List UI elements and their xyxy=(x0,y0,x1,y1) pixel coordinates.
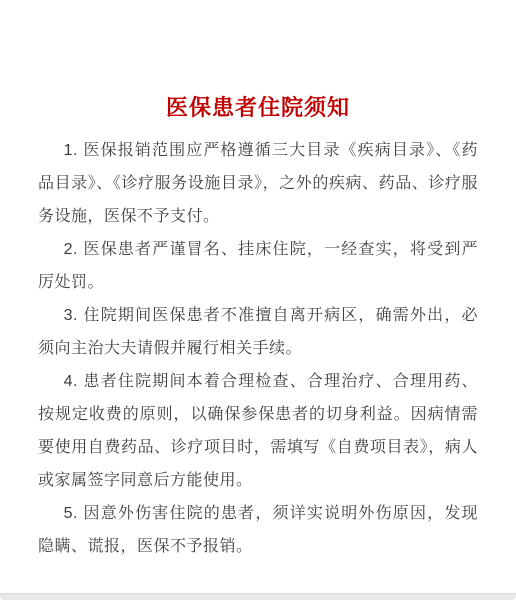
notice-paragraph-4: 4. 患者住院期间本着合理检查、合理治疗、合理用药、按规定收费的原则，以确保参保… xyxy=(38,365,478,497)
notice-paragraph-2: 2. 医保患者严谨冒名、挂床住院，一经查实，将受到严厉处罚。 xyxy=(38,233,478,299)
notice-paragraph-3: 3. 住院期间医保患者不准擅自离开病区，确需外出，必须向主治大夫请假并履行相关手… xyxy=(38,299,478,365)
notice-body: 1. 医保报销范围应严格遵循三大目录《疾病目录》、《药品目录》、《诊疗服务设施目… xyxy=(38,134,478,563)
notice-paragraph-5: 5. 因意外伤害住院的患者，须详实说明外伤原因，发现隐瞒、谎报，医保不予报销。 xyxy=(38,497,478,563)
page-title: 医保患者住院须知 xyxy=(0,0,516,134)
page-bottom-edge xyxy=(0,593,516,600)
notice-document-page: 医保患者住院须知 1. 医保报销范围应严格遵循三大目录《疾病目录》、《药品目录》… xyxy=(0,0,516,600)
notice-paragraph-1: 1. 医保报销范围应严格遵循三大目录《疾病目录》、《药品目录》、《诊疗服务设施目… xyxy=(38,134,478,233)
